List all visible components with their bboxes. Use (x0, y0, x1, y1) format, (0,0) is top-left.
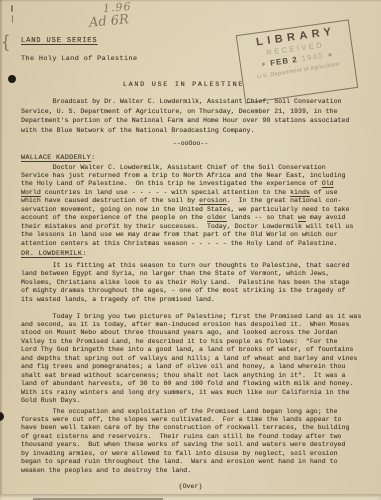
broadcast-info-paragraph: Broadcast by Dr. Walter C. Lowdermilk, A… (21, 97, 349, 135)
document-title: LAND USE IN PALESTINE (0, 81, 367, 89)
lowdermilk-paragraph-3: The occupation and exploitation of the P… (21, 408, 349, 476)
lowdermilk-paragraph-2: Today I bring you two pictures of Palest… (21, 313, 361, 406)
ink-dot-partial (0, 412, 4, 421)
lowdermilk-paragraph-1: It is fitting at this season to turn our… (21, 262, 349, 305)
series-title: LAND USE SERIES (21, 37, 98, 45)
pencil-call-number: Ad 6R (88, 12, 129, 30)
pencil-tick-mark (12, 15, 14, 23)
stamp-year: 1940 (301, 51, 324, 63)
star-icon: ✶ (327, 50, 334, 59)
speaker-heading-kadderly: WALLACE KADDERLY: (21, 154, 95, 162)
kadderly-paragraph: Doctor Walter C. Lowdermilk, Assistant C… (21, 164, 353, 249)
series-subtitle: The Holy Land of Palestine (21, 55, 137, 63)
library-received-stamp: LIBRARY RECEIVED ✶ FEB 2 1940 ✶ U.S. Dep… (236, 19, 358, 103)
margin-brace-mark: { (1, 32, 11, 53)
scanned-document-page: { 1.96 Ad 6R LIBRARY RECEIVED ✶ FEB 2 19… (0, 0, 381, 500)
section-separator: --ooOoo-- (0, 140, 381, 147)
pencil-tick-mark (11, 5, 13, 12)
speaker-heading-lowdermilk: DR. LOWDERMILK: (21, 250, 87, 258)
page-footer-over: (Over) (0, 483, 381, 490)
star-icon: ✶ (260, 60, 267, 69)
stamp-date: FEB 2 (270, 55, 299, 68)
